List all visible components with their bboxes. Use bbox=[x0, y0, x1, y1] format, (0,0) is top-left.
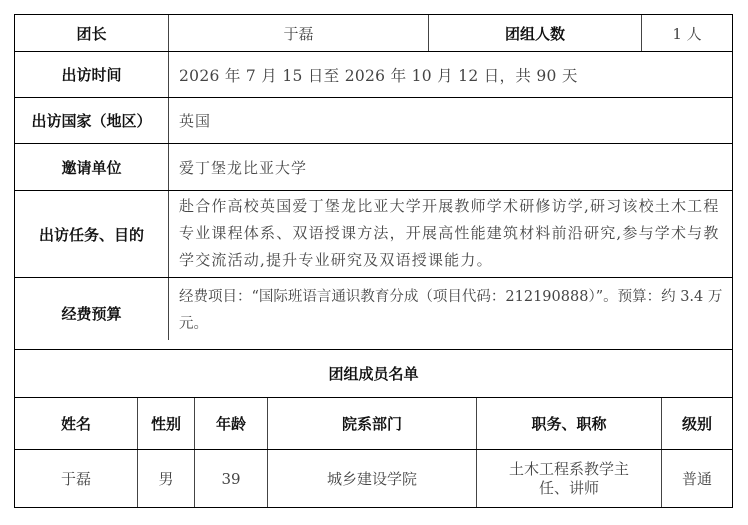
budget-row: 经费预算 经费项目：“国际班语言通识教育分成（项目代码：212190888）”。… bbox=[15, 278, 732, 350]
delegation-info-table: 团长 于磊 团组人数 1 人 出访时间 2026 年 7 月 15 日至 202… bbox=[14, 14, 733, 508]
member-title-line2: 任、讲师 bbox=[539, 479, 599, 498]
leader-row: 团长 于磊 团组人数 1 人 bbox=[15, 15, 732, 52]
mission-row: 出访任务、目的 赴合作高校英国爱丁堡龙比亚大学开展教师学术研修访学,研习该校土木… bbox=[15, 191, 732, 278]
inviter-value: 爱丁堡龙比亚大学 bbox=[168, 144, 732, 190]
inviter-row: 邀请单位 爱丁堡龙比亚大学 bbox=[15, 144, 732, 191]
members-title-row: 团组成员名单 bbox=[15, 350, 732, 398]
member-title: 土木工程系教学主 任、讲师 bbox=[476, 450, 661, 507]
country-label: 出访国家（地区） bbox=[15, 98, 168, 143]
member-gender: 男 bbox=[137, 450, 194, 507]
member-title-line1: 土木工程系教学主 bbox=[509, 460, 629, 479]
country-value: 英国 bbox=[168, 98, 732, 143]
member-level: 普通 bbox=[661, 450, 732, 507]
inviter-label: 邀请单位 bbox=[15, 144, 168, 190]
country-row: 出访国家（地区） 英国 bbox=[15, 98, 732, 144]
header-title: 职务、职称 bbox=[476, 398, 661, 449]
leader-label: 团长 bbox=[15, 15, 168, 51]
period-label: 出访时间 bbox=[15, 52, 168, 97]
mission-value: 赴合作高校英国爱丁堡龙比亚大学开展教师学术研修访学,研习该校土木工程专业课程体系… bbox=[168, 191, 732, 277]
table-row: 于磊 男 39 城乡建设学院 土木工程系教学主 任、讲师 普通 bbox=[15, 450, 732, 507]
budget-label: 经费预算 bbox=[15, 278, 168, 349]
header-name: 姓名 bbox=[15, 398, 137, 449]
header-gender: 性别 bbox=[137, 398, 194, 449]
members-title: 团组成员名单 bbox=[15, 350, 732, 397]
group-size-label: 团组人数 bbox=[428, 15, 641, 51]
header-department: 院系部门 bbox=[267, 398, 476, 449]
header-level: 级别 bbox=[661, 398, 732, 449]
period-row: 出访时间 2026 年 7 月 15 日至 2026 年 10 月 12 日，共… bbox=[15, 52, 732, 98]
group-size-value: 1 人 bbox=[641, 15, 732, 51]
header-age: 年龄 bbox=[194, 398, 267, 449]
budget-value: 经费项目：“国际班语言通识教育分成（项目代码：212190888）”。预算：约 … bbox=[168, 278, 732, 340]
mission-label: 出访任务、目的 bbox=[15, 191, 168, 277]
member-age: 39 bbox=[194, 450, 267, 507]
member-name: 于磊 bbox=[15, 450, 137, 507]
leader-value: 于磊 bbox=[168, 15, 428, 51]
period-value: 2026 年 7 月 15 日至 2026 年 10 月 12 日，共 90 天 bbox=[168, 52, 732, 97]
member-department: 城乡建设学院 bbox=[267, 450, 476, 507]
members-header-row: 姓名 性别 年龄 院系部门 职务、职称 级别 bbox=[15, 398, 732, 450]
